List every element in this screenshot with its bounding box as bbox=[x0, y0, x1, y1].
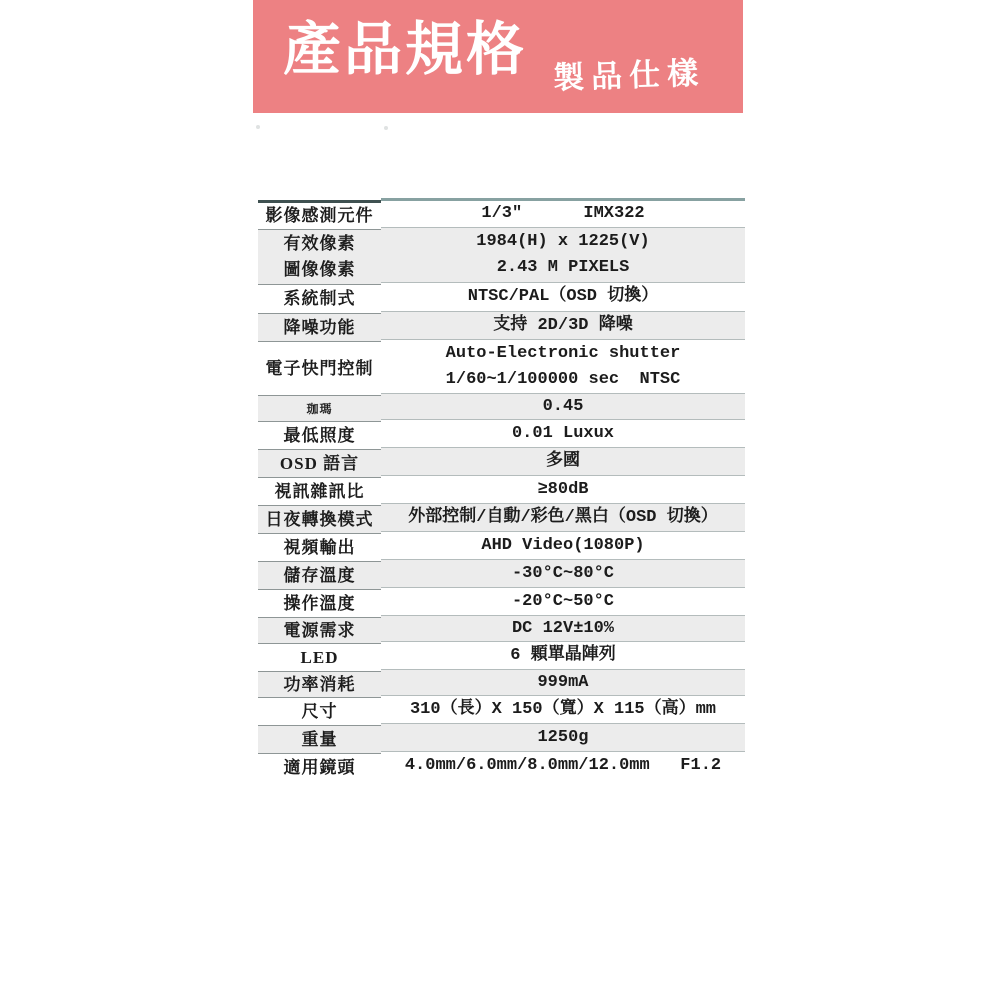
spec-row-label: 珈瑪 bbox=[258, 396, 381, 422]
spec-row-label: 尺寸 bbox=[258, 698, 381, 726]
spec-row-label: 視頻輸出 bbox=[258, 534, 381, 562]
spec-row-value: 1/3" IMX322 bbox=[381, 201, 745, 228]
spec-row-label: 儲存溫度 bbox=[258, 562, 381, 590]
spec-row-value: AHD Video(1080P) bbox=[381, 532, 745, 560]
spec-row-label: 日夜轉換模式 bbox=[258, 506, 381, 534]
spec-row-value: ≥80dB bbox=[381, 476, 745, 504]
spec-row-label: 影像感測元件 bbox=[258, 203, 381, 230]
spec-row-label: OSD 語言 bbox=[258, 450, 381, 478]
spec-row-label: 系統制式 bbox=[258, 285, 381, 314]
spec-row-value: 6 顆單晶陣列 bbox=[381, 642, 745, 670]
spec-row-value: 0.45 bbox=[381, 394, 745, 420]
spec-row-label: LED bbox=[258, 644, 381, 672]
page: { "banner": { "title": "產品規格", "subtitle… bbox=[0, 0, 1000, 1000]
spec-row-label: 電子快門控制 bbox=[258, 342, 381, 396]
spec-row-label: 視訊雜訊比 bbox=[258, 478, 381, 506]
spec-row-label: 功率消耗 bbox=[258, 672, 381, 698]
spec-row-label: 降噪功能 bbox=[258, 314, 381, 342]
spec-row-value: -30°C~80°C bbox=[381, 560, 745, 588]
spec-row-value: 4.0mm/6.0mm/8.0mm/12.0mm F1.2 bbox=[381, 752, 745, 780]
spec-row-value: 1984(H) x 1225(V) 2.43 M PIXELS bbox=[381, 228, 745, 283]
spec-label-column: 影像感測元件 有效像素 圖像像素 系統制式 降噪功能 電子快門控制 珈瑪 最低照… bbox=[258, 200, 381, 782]
spec-row-value: 0.01 Luxux bbox=[381, 420, 745, 448]
spec-row-value: NTSC/PAL（OSD 切換） bbox=[381, 283, 745, 312]
spec-row-value: 999mA bbox=[381, 670, 745, 696]
spec-row-label: 適用鏡頭 bbox=[258, 754, 381, 782]
spec-row-value: 1250g bbox=[381, 724, 745, 752]
spec-row-label: 有效像素 圖像像素 bbox=[258, 230, 381, 285]
spec-row-value: 310（長）X 150（寬）X 115（高）mm bbox=[381, 696, 745, 724]
artifact-dot bbox=[384, 126, 388, 130]
spec-row-label: 最低照度 bbox=[258, 422, 381, 450]
spec-row-label: 電源需求 bbox=[258, 618, 381, 644]
spec-row-label: 重量 bbox=[258, 726, 381, 754]
banner-subtitle: 製品仕樣 bbox=[552, 47, 705, 97]
banner-title: 產品規格 bbox=[283, 18, 527, 82]
spec-row-value: DC 12V±10% bbox=[381, 616, 745, 642]
spec-row-value: Auto-Electronic shutter 1/60~1/100000 se… bbox=[381, 340, 745, 394]
spec-row-value: 支持 2D/3D 降噪 bbox=[381, 312, 745, 340]
spec-row-value: 多國 bbox=[381, 448, 745, 476]
header-banner: 產品規格 製品仕樣 bbox=[253, 0, 743, 113]
spec-row-value: -20°C~50°C bbox=[381, 588, 745, 616]
spec-table: 影像感測元件 有效像素 圖像像素 系統制式 降噪功能 電子快門控制 珈瑪 最低照… bbox=[258, 198, 745, 782]
spec-value-column: 1/3" IMX322 1984(H) x 1225(V) 2.43 M PIX… bbox=[381, 198, 745, 780]
spec-row-label: 操作溫度 bbox=[258, 590, 381, 618]
artifact-dot bbox=[256, 125, 260, 129]
spec-row-value: 外部控制/自動/彩色/黑白（OSD 切換） bbox=[381, 504, 745, 532]
